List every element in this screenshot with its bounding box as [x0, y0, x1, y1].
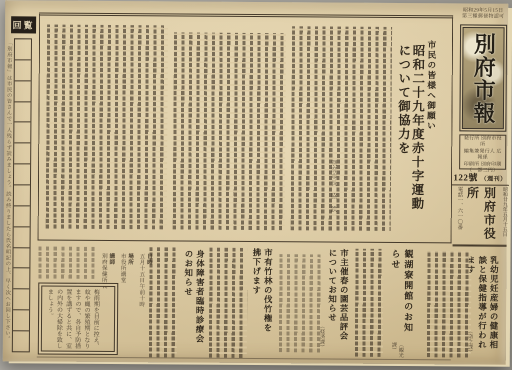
- article-health-body-block: [427, 251, 472, 357]
- circulation-stamp-cell: [14, 102, 30, 123]
- article-clinic-headline: 身体障害者臨時診療会のお知らせ: [181, 249, 206, 343]
- circulation-stamp-cell: [14, 123, 30, 144]
- office-block: 昭和廿九年五月十五日 別府市役所 電話一、六一〇番: [456, 186, 507, 248]
- office-date: 昭和廿九年五月十五日: [500, 187, 507, 247]
- circulation-stamp-cell: [13, 290, 29, 311]
- issue-number-text: 122號: [453, 172, 478, 182]
- circulation-stamp-cell: [13, 269, 29, 290]
- schedule-value: 市役所講堂: [120, 253, 126, 283]
- issue-number: 122號 （週刊）: [451, 170, 509, 185]
- article-bamboo-headline: 市有竹林の伐竹権を拂下げます: [251, 248, 274, 338]
- newsletter-title: 別府市報: [471, 32, 496, 124]
- circulation-stamp-cell: [14, 227, 30, 248]
- lead-body-text-block: [173, 32, 286, 230]
- circulation-stamp-cell: [13, 331, 29, 351]
- scanned-newsletter-page: { "masthead": { "date_line1": "昭和29年5月15…: [0, 0, 512, 370]
- schedule-label: 場所: [125, 253, 133, 349]
- article-clinic-body-block: [149, 247, 178, 357]
- article-fair-headline: 市主催春の園芸品評会についてお知らせ: [325, 248, 350, 340]
- issue-frequency: （週刊）: [481, 177, 507, 183]
- lead-body-text-block: [291, 26, 392, 231]
- circulation-stamp-cell: [13, 248, 29, 269]
- lead-article-headline: 昭和二十九年度赤十字運動について御協力を: [396, 44, 425, 224]
- section-divider-right: [453, 244, 507, 246]
- article-clinic-extra-block: [38, 246, 94, 278]
- masthead-date-block: 昭和29年5月15日 第三種郵便物認可: [456, 8, 510, 20]
- circulation-stamp-cell: [13, 310, 29, 331]
- article-lodge-headline: 観湖寮開館のお知らせ: [389, 249, 416, 343]
- circulation-label-text: 回覧: [13, 18, 35, 31]
- circulation-stamp-cell: [15, 81, 31, 102]
- page-bottom-rule: [37, 356, 451, 360]
- masthead-date-line2: 第三種郵便物認可: [456, 14, 510, 20]
- publisher-info-box: 発行所 別府市役所 編集兼発行人 広報係 印刷所 別府印刷 （一部二円）: [459, 134, 506, 169]
- article-health-headline: 乳幼児妊産婦の健康相談と保健指導が行われます: [475, 256, 500, 358]
- article-bamboo-body-block: [209, 248, 248, 358]
- lead-article-kicker: 市民の皆様へ御願い: [425, 40, 438, 136]
- circulation-stamp-cell: [15, 60, 31, 81]
- circulation-stamp-label: 回覧: [11, 16, 36, 33]
- publisher-line: 編集兼発行人 広報係: [462, 149, 503, 162]
- circulation-stamp-cell: [14, 185, 30, 206]
- schedule-item: 日時 五月十五日午前十時: [136, 253, 152, 353]
- lead-body-text-block: [46, 25, 168, 230]
- article-fair-names-block: [279, 254, 322, 352]
- lead-article-box: 市民の皆様へ御願い 昭和二十九年度赤十字運動について御協力を 別府市長 脇 鉄一: [38, 12, 454, 243]
- schedule-value: 五月十五日午前十時: [138, 253, 144, 307]
- publisher-line: 発行所 別府市役所: [462, 136, 503, 149]
- margin-circulation-note: 「別府市報」は市民の皆さんで一人残らず読みましょう。読み終りましたら氏名明記の上…: [3, 40, 12, 348]
- sanitation-notice-box: 梅雨期を目前に控え、蚊や蝿の繁殖期となりますので、各自予防措置を講ずると共に、室…: [38, 282, 119, 355]
- schedule-item: 場所 市役所講堂: [118, 253, 134, 353]
- newspaper-page: 回覧 「別府市報」は市民の皆さんで一人残らず読みましょう。読み終りましたら氏名明…: [3, 0, 509, 365]
- circulation-stamp-ladder: [12, 38, 32, 352]
- schedule-label: 日時: [144, 253, 152, 349]
- circulation-stamp-cell: [14, 206, 30, 227]
- office-telephone: 電話一、六一〇番: [456, 186, 463, 248]
- circulation-stamp-cell: [14, 144, 30, 165]
- sanitation-notice-text: 梅雨期を目前に控え、蚊や蝿の繁殖期となりますので、各自予防措置を講ずると共に、室…: [44, 289, 100, 349]
- circulation-stamp-cell: [14, 164, 30, 185]
- office-name: 別府市役所: [462, 186, 500, 248]
- circulation-stamp-cell: [15, 39, 31, 60]
- article-lodge-body-block: [355, 249, 384, 357]
- masthead-title-box: 別府市報: [459, 24, 507, 131]
